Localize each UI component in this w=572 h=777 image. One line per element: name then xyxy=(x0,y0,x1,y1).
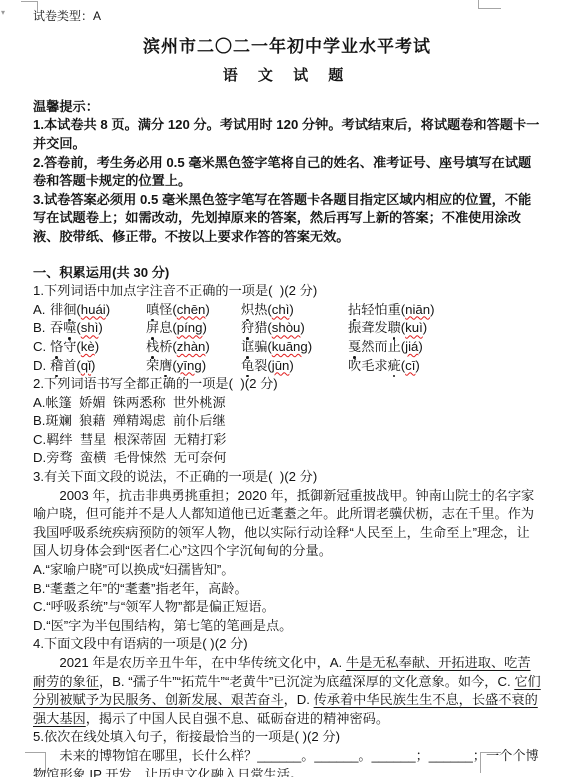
q1-option-row: A.徘徊(huái)嗔怪(chēn)炽热(chì)拈轻怕重(niān) xyxy=(33,301,541,320)
pinyin-term: 荣膺(yīng) xyxy=(146,357,241,376)
pinyin-term: 诓骗(kuāng) xyxy=(241,338,348,357)
q1-option-row: C.恪守(kè)栈桥(zhàn)诓骗(kuāng)戛然而止(jiá) xyxy=(33,338,541,357)
q2-options: A.帐篷 娇媚 铢两悉称 世外桃源B.斑斓 狼藉 殚精竭虑 前仆后继C.羁绊 彗… xyxy=(33,394,541,468)
exam-title: 滨州市二〇二一年初中学业水平考试 xyxy=(33,38,541,57)
notice-item: 2.答卷前，考生务必用 0.5 毫米黑色签字笔将自己的姓名、准考证号、座号填写在… xyxy=(33,154,541,191)
doc-type-label: 试卷类型：A xyxy=(33,7,541,26)
q1-option-row: B.吞噬(shì)屏息(píng)狩猎(shòu)振聋发聩(kuì) xyxy=(33,319,541,338)
pinyin-term: 嗔怪(chēn) xyxy=(146,301,241,320)
pinyin-annotation: niān xyxy=(405,302,430,317)
pinyin-annotation: yīng xyxy=(177,358,202,373)
pinyin-annotation: jiá xyxy=(405,339,418,354)
notice-item: 3.试卷答案必须用 0.5 毫米黑色签字笔写在答题卡各题目指定区域内相应的位置，… xyxy=(33,191,541,247)
pinyin-term: 吞噬(shì) xyxy=(50,319,146,338)
q2-option: A.帐篷 娇媚 铢两悉称 世外桃源 xyxy=(33,394,541,413)
section-heading: 一、积累运用(共 30 分) xyxy=(33,264,541,283)
pinyin-term: 恪守(kè) xyxy=(50,338,146,357)
pinyin-term: 戛然而止(jiá) xyxy=(348,338,541,357)
notice-heading: 温馨提示： xyxy=(33,98,541,117)
pinyin-annotation: shòu xyxy=(272,320,301,335)
pinyin-term: 狩猎(shòu) xyxy=(241,319,348,338)
exam-subtitle: 语 文 试 题 xyxy=(33,67,541,86)
pinyin-annotation: shì xyxy=(81,320,99,335)
option-label: B. xyxy=(33,319,50,338)
pinyin-annotation: zhàn xyxy=(177,339,206,354)
collapse-arrow-icon: ▾ xyxy=(1,8,5,17)
q1-option-row: D.稽首(qǐ)荣膺(yīng)龟裂(jūn)吹毛求疵(cī) xyxy=(33,357,541,376)
q2-stem: 2.下列词语书写全都正确的一项是( )(2 分) xyxy=(33,375,541,394)
q3-option: D.“医”字为半包围结构，第七笔的笔画是点。 xyxy=(33,617,541,636)
pinyin-annotation: cī xyxy=(405,358,415,373)
plain-clause: 2021 年是农历辛丑牛年，在中华传统文化中，A. xyxy=(59,655,346,670)
notice-item: 1.本试卷共 8 页。满分 120 分。考试用时 120 分钟。考试结束后，将试… xyxy=(33,116,541,153)
q1-stem: 1.下列词语中加点字注音不正确的一项是( )(2 分) xyxy=(33,282,541,301)
pinyin-annotation: kuì xyxy=(405,320,423,335)
q3-option: A.“家喻户晓”可以换成“妇孺皆知”。 xyxy=(33,561,541,580)
pinyin-term: 屏息(píng) xyxy=(146,319,241,338)
pinyin-term: 徘徊(huái) xyxy=(50,301,146,320)
q5-stem: 5.依次在线处填入句子，衔接最恰当的一项是( )(2 分) xyxy=(33,728,541,747)
pinyin-annotation: chēn xyxy=(177,302,206,317)
q1-options: A.徘徊(huái)嗔怪(chēn)炽热(chì)拈轻怕重(niān)B.吞噬(… xyxy=(33,301,541,375)
plain-clause: ，揭示了中国人民自强不息、砥砺奋进的精神密码。 xyxy=(86,711,389,726)
q3-stem: 3.有关下面文段的说法，不正确的一项是( )(2 分) xyxy=(33,468,541,487)
plain-clause: ，B. “孺子牛”“拓荒牛”“老黄牛”已沉淀为底蕴深厚的文化意象。如今，C. xyxy=(99,674,514,689)
pinyin-annotation: kuāng xyxy=(272,339,308,354)
pinyin-term: 稽首(qǐ) xyxy=(50,357,146,376)
q2-option: B.斑斓 狼藉 殚精竭虑 前仆后继 xyxy=(33,412,541,431)
pinyin-term: 炽热(chì) xyxy=(241,301,348,320)
q3-options: A.“家喻户晓”可以换成“妇孺皆知”。B.“耄耋之年”的“耄耋”指老年，高龄。C… xyxy=(33,561,541,635)
pinyin-annotation: jūn xyxy=(272,358,290,373)
option-label: A. xyxy=(33,301,50,320)
pinyin-term: 吹毛求疵(cī) xyxy=(348,357,541,376)
q5-passage: 未来的博物馆在哪里，长什么样？______。______。______；____… xyxy=(33,747,541,777)
q3-option: B.“耄耋之年”的“耄耋”指老年，高龄。 xyxy=(33,580,541,599)
option-label: C. xyxy=(33,338,50,357)
notice-block: 温馨提示： 1.本试卷共 8 页。满分 120 分。考试用时 120 分钟。考试… xyxy=(33,98,541,247)
pinyin-annotation: qǐ xyxy=(81,358,91,373)
pinyin-term: 龟裂(jūn) xyxy=(241,357,348,376)
pinyin-annotation: huái xyxy=(81,302,106,317)
pinyin-annotation: chì xyxy=(272,302,290,317)
q3-passage: 2003 年，抗击非典勇挑重担；2020 年，抵御新冠重披战甲。钟南山院士的名字… xyxy=(33,487,541,561)
pinyin-annotation: kè xyxy=(81,339,95,354)
exam-page: 试卷类型：A 滨州市二〇二一年初中学业水平考试 语 文 试 题 温馨提示： 1.… xyxy=(33,0,541,777)
notice-items: 1.本试卷共 8 页。满分 120 分。考试用时 120 分钟。考试结束后，将试… xyxy=(33,116,541,246)
pinyin-term: 栈桥(zhàn) xyxy=(146,338,241,357)
pinyin-term: 振聋发聩(kuì) xyxy=(348,319,541,338)
q3-option: C.“呼吸系统”与“领军人物”都是偏正短语。 xyxy=(33,598,541,617)
q4-passage: 2021 年是农历辛丑牛年，在中华传统文化中，A. 牛是无私奉献、开拓进取、吃苦… xyxy=(33,654,541,728)
pinyin-term: 拈轻怕重(niān) xyxy=(348,301,541,320)
q2-option: C.羁绊 彗星 根深蒂固 无精打彩 xyxy=(33,431,541,450)
pinyin-annotation: píng xyxy=(177,320,203,335)
option-label: D. xyxy=(33,357,50,376)
plain-clause: ，D. xyxy=(284,692,314,707)
q2-option: D.旁骛 蛮横 毛骨悚然 无可奈何 xyxy=(33,449,541,468)
q4-stem: 4.下面文段中有语病的一项是( )(2 分) xyxy=(33,635,541,654)
